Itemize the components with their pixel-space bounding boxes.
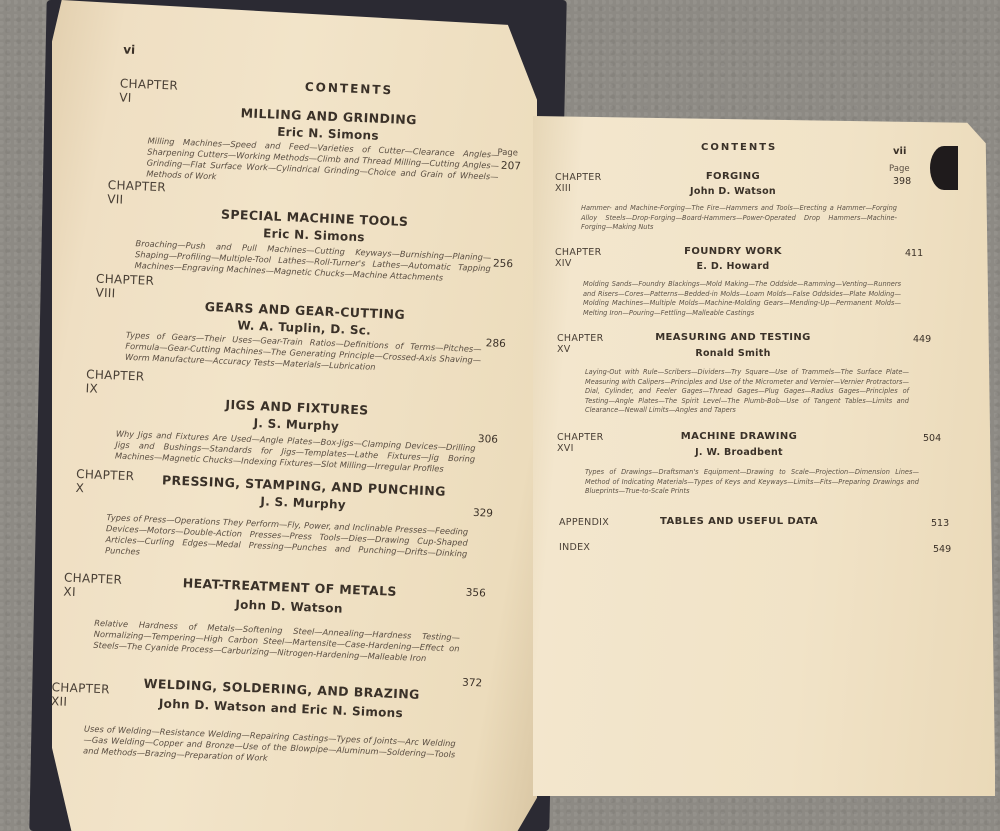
chapter-author: Ronald Smith [633, 348, 833, 359]
chapter-page-number: 398 [893, 176, 911, 187]
chapter-page-number: 356 [466, 587, 487, 600]
chapter-topics: Uses of Welding—Resistance Welding—Repai… [83, 723, 456, 771]
chapter-label: CHAPTER XVI [557, 432, 604, 454]
chapter-topics: Types of Press—Operations They Perform—F… [105, 512, 468, 570]
chapter-topics: Types of Drawings—Draftsman's Equipment—… [585, 468, 919, 497]
chapter-label: CHAPTER XII [51, 680, 110, 710]
page-folio: vii [893, 146, 906, 157]
chapter-page-number: 449 [913, 334, 931, 345]
chapter-page-number: 372 [462, 677, 483, 690]
chapter-page-number: 256 [493, 257, 514, 270]
chapter-label: CHAPTER X [75, 467, 134, 497]
chapter-title: MEASURING AND TESTING [633, 332, 833, 343]
chapter-topics: Laying-Out with Rule—Scribers—Dividers—T… [585, 368, 909, 416]
chapter-label: CHAPTER XV [557, 333, 604, 355]
chapter-page-number: 504 [923, 433, 941, 444]
contents-heading: CONTENTS [305, 80, 394, 98]
page-column-label: Page [497, 148, 518, 159]
chapter-title: FORGING [633, 171, 833, 182]
chapter-page-number: 411 [905, 248, 923, 259]
chapter-page-number: 207 [501, 160, 522, 173]
chapter-label: CHAPTER IX [85, 367, 144, 397]
chapter-title: MACHINE DRAWING [639, 431, 839, 442]
chapter-topics: Molding Sands—Foundry Blackings—Mold Mak… [583, 280, 901, 318]
page-column-label: Page [889, 164, 910, 174]
chapter-page-number: 306 [478, 433, 499, 446]
appendix-page-number: 513 [931, 518, 949, 529]
chapter-title: FOUNDRY WORK [633, 246, 833, 257]
right-page-content: CONTENTS vii Page CHAPTER XIII FORGING J… [553, 140, 953, 580]
chapter-page-number: 286 [486, 337, 507, 350]
appendix-title: TABLES AND USEFUL DATA [639, 516, 839, 527]
chapter-author: John D. Watson [633, 186, 833, 197]
index-label: INDEX [559, 542, 590, 553]
chapter-label: CHAPTER XIII [555, 172, 602, 194]
chapter-page-number: 329 [473, 507, 494, 520]
contents-heading: CONTENTS [701, 142, 777, 153]
chapter-author: J. W. Broadbent [639, 447, 839, 458]
chapter-label: CHAPTER XIV [555, 247, 602, 269]
chapter-label: CHAPTER VIII [95, 272, 154, 302]
chapter-topics: Hammer- and Machine-Forging—The Fire—Ham… [581, 204, 897, 233]
left-page-content: vi CONTENTS Page CHAPTER VI MILLING AND … [30, 30, 531, 831]
page-folio: vi [123, 42, 135, 56]
appendix-label: APPENDIX [559, 517, 609, 528]
chapter-label: CHAPTER VII [107, 178, 166, 208]
chapter-label: CHAPTER VI [119, 76, 178, 106]
chapter-label: CHAPTER XI [63, 571, 122, 601]
index-page-number: 549 [933, 544, 951, 555]
chapter-topics: Relative Hardness of Metals—Softening St… [93, 618, 460, 666]
chapter-author: E. D. Howard [633, 261, 833, 272]
